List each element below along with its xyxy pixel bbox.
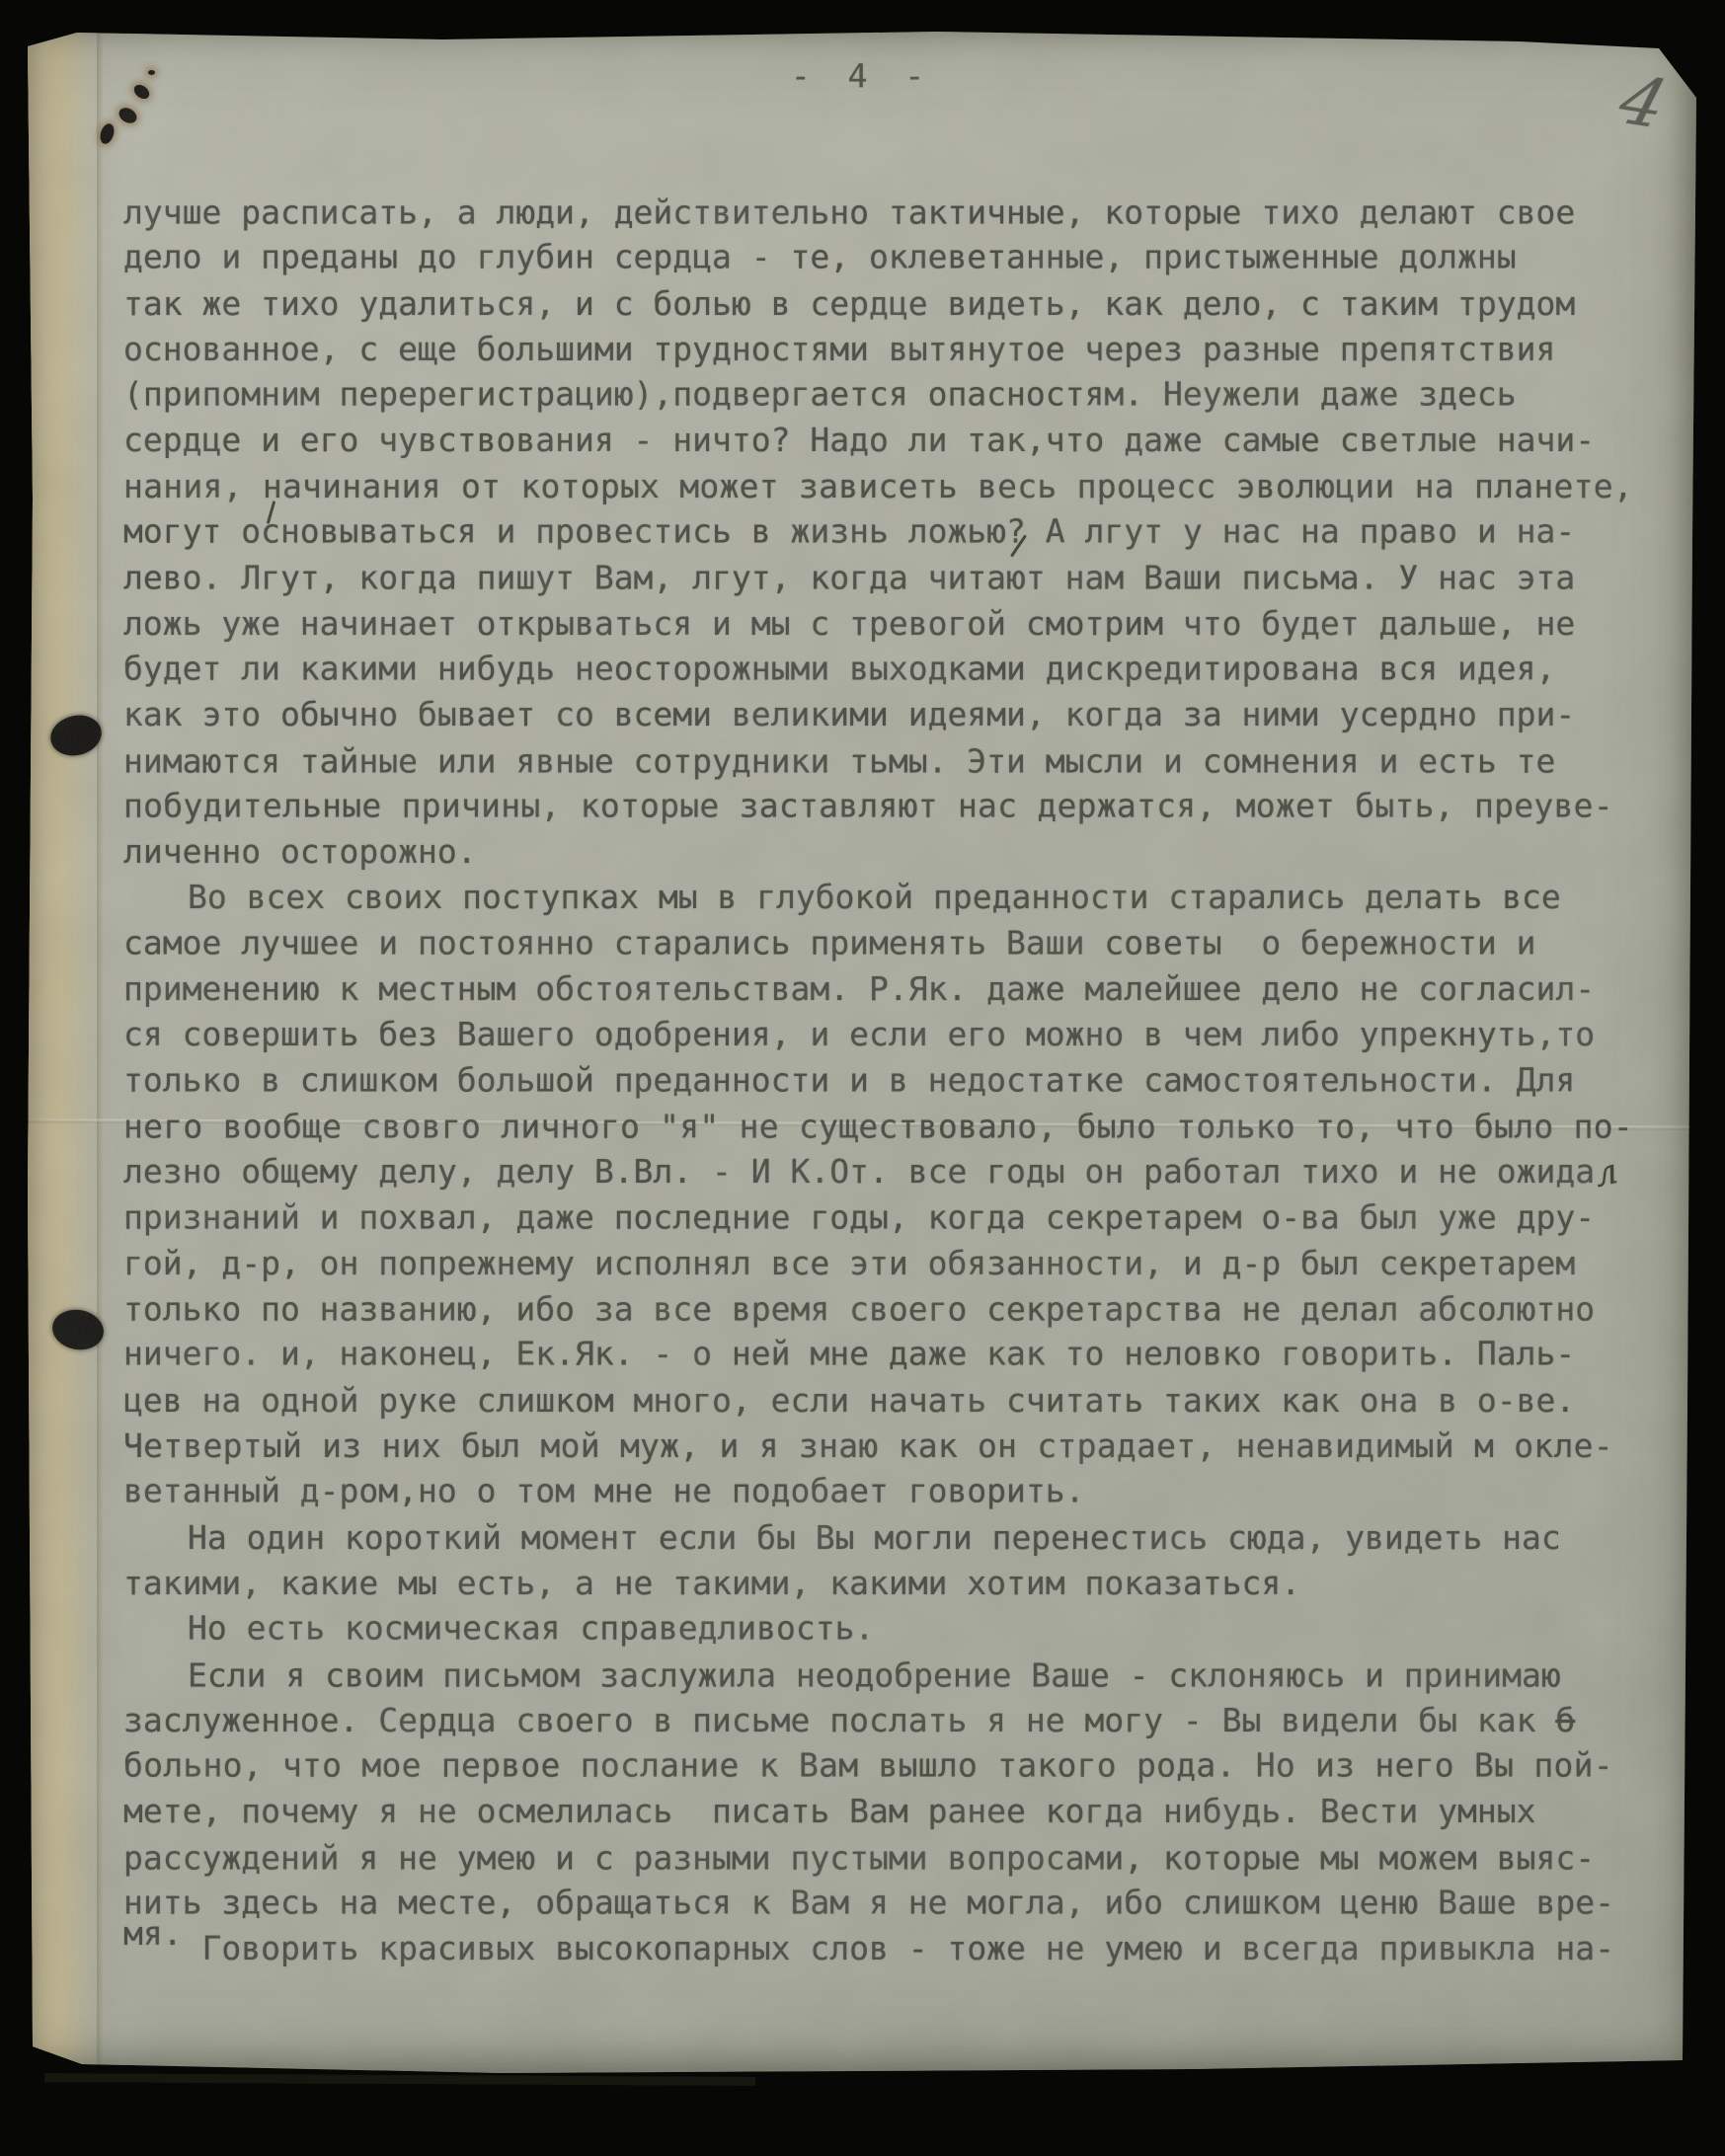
- text-line: будет ли какими нибудь неосторожными вых…: [123, 646, 1644, 691]
- text-line: Но есть космическая справедливость.: [123, 1606, 1644, 1652]
- text-line: (припомним перерегистрацию),подвергается…: [123, 372, 1644, 418]
- text-line: нимаются тайные или явные сотрудники тьм…: [123, 738, 1644, 784]
- typed-text: лучше расписать, а люди, действительно т…: [123, 190, 1644, 1972]
- text-line: гой, д-р, он попрежнему исполнял все эти…: [123, 1241, 1644, 1286]
- paper: - 4 - 4 лучше расписать, а люди, действи…: [28, 25, 1696, 2073]
- text-line: побудительные причины, которые заставляю…: [123, 783, 1644, 828]
- text-line: рассуждений я не умею и с разными пустым…: [123, 1835, 1644, 1881]
- text-line: Во всех своих поступках мы в глубокой пр…: [123, 875, 1644, 920]
- text-line: ветанный д-ром,но о том мне не подобает …: [123, 1469, 1644, 1514]
- text-line: могут основываться и провестись в жизнь …: [123, 509, 1644, 555]
- damage-spot: [148, 70, 155, 75]
- damage-spot: [117, 105, 139, 126]
- text-line: На один короткий момент если бы Вы могли…: [123, 1515, 1644, 1561]
- text-line: Если я своим письмом заслужила неодобрен…: [123, 1653, 1644, 1698]
- text-line: цев на одной руке слишком много, если на…: [123, 1378, 1644, 1424]
- text-line: самое лучшее и постоянно старались приме…: [123, 920, 1644, 965]
- text-line: только по названию, ибо за все время сво…: [123, 1287, 1644, 1333]
- text-line: больно, что мое первое послание к Вам вы…: [123, 1743, 1644, 1789]
- text-line: сердце и его чувствования - ничто? Надо …: [123, 418, 1644, 463]
- text-line: лезно общему делу, делу В.Вл. - И К.От. …: [123, 1149, 1644, 1194]
- text-line: ся совершить без Вашего одобрения, и есл…: [123, 1012, 1644, 1057]
- text-line: личенно осторожно.: [123, 829, 1644, 875]
- typed-page-number: - 4 -: [28, 56, 1696, 95]
- text-line: ложь уже начинает открываться и мы с тре…: [123, 601, 1644, 647]
- text-line: применению к местным обстоятельствам. Р.…: [123, 966, 1644, 1012]
- text-line: так же тихо удалиться, и с болью в сердц…: [123, 281, 1644, 327]
- text-line: Четвертый из них был мой муж, и я знаю к…: [123, 1424, 1644, 1469]
- document-scan: - 4 - 4 лучше расписать, а люди, действи…: [0, 0, 1725, 2156]
- text-line: лучше расписать, а люди, действительно т…: [123, 191, 1644, 236]
- text-line: как это обычно бывает со всеми великими …: [123, 692, 1644, 737]
- text-line: признаний и похвал, даже последние годы,…: [123, 1194, 1644, 1240]
- paper-under-edge: [44, 2073, 755, 2086]
- text-line: только в слишком большой преданности и в…: [123, 1057, 1644, 1103]
- fold-edge: [28, 25, 107, 2073]
- text-line: него вообще свовго личного "я" не сущест…: [123, 1104, 1644, 1149]
- text-line: ничего. и, наконец, Ек.Як. - о ней мне д…: [123, 1332, 1644, 1377]
- text-line: дело и преданы до глубин сердца - те, ок…: [123, 235, 1644, 280]
- text-line: нить здесь на месте, обращаться к Вам я …: [123, 1880, 1644, 1925]
- text-line: мете, почему я не осмелилась писать Вам …: [123, 1789, 1644, 1834]
- text-line: лево. Лгут, когда пишут Вам, лгут, когда…: [123, 556, 1644, 601]
- text-line: нания, начинания от которых может зависе…: [123, 464, 1644, 509]
- fold-crease-line: [97, 25, 104, 2073]
- text-line: мя. Говорить красивых высокопарных слов …: [123, 1926, 1644, 1971]
- text-line: основанное, с еще большими трудностями в…: [123, 327, 1644, 372]
- text-line: заслуженное. Сердца своего в письме посл…: [123, 1698, 1644, 1743]
- text-line: такими, какие мы есть, а не такими, каки…: [123, 1561, 1644, 1606]
